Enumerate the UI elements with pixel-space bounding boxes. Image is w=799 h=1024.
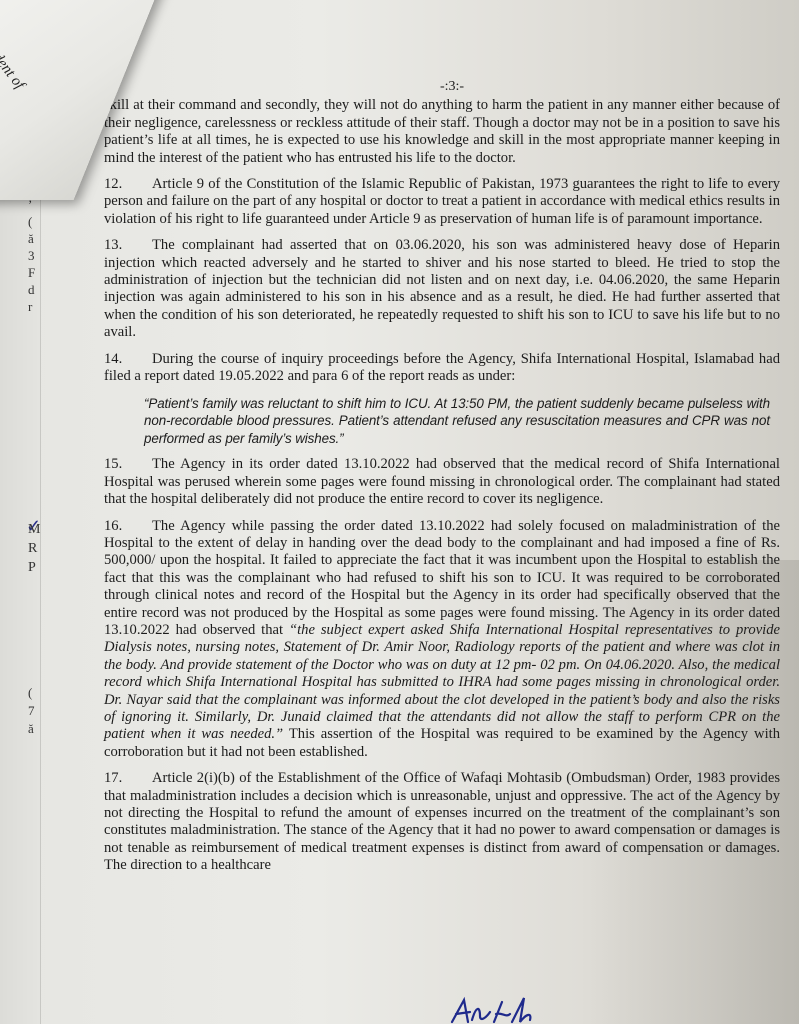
paragraph-number: 12. [104, 176, 152, 193]
margin-fragments-top: ʼ ( ă 3 F d r [28, 196, 35, 315]
paragraph-text: The complainant had asserted that on 03.… [104, 237, 780, 340]
handwritten-signature [450, 992, 560, 1024]
margin-fragments-low: ( 7 ă [28, 684, 35, 738]
inline-quote: “the subject expert asked Shifa Internat… [104, 622, 780, 742]
paragraph-text: During the course of inquiry proceedings… [104, 351, 780, 384]
paragraph-number: 15. [104, 456, 152, 473]
paragraph-number: 14. [104, 351, 152, 368]
paragraph-text: The Agency in its order dated 13.10.2022… [104, 456, 780, 507]
paragraph-number: 13. [104, 237, 152, 254]
paragraph-14: 14.During the course of inquiry proceedi… [104, 351, 780, 386]
block-quote-report: “Patient’s family was reluctant to shift… [144, 395, 770, 448]
paragraph-16: 16.The Agency while passing the order da… [104, 518, 780, 762]
paragraph-text: Article 9 of the Constitution of the Isl… [104, 176, 780, 227]
paragraph-number: 16. [104, 518, 152, 535]
paragraph-13: 13.The complainant had asserted that on … [104, 237, 780, 341]
paragraph-intro: skill at their command and secondly, the… [104, 97, 780, 167]
page-number: -:3:- [104, 78, 780, 95]
document-page: dent of ʼ ( ă 3 F d r ✓ M R P ( 7 ă -:3:… [0, 0, 799, 1024]
paragraph-number: 17. [104, 770, 152, 787]
paragraph-text: Article 2(i)(b) of the Establishment of … [104, 770, 780, 873]
paragraph-12: 12.Article 9 of the Constitution of the … [104, 176, 780, 228]
margin-fragments-mid: M R P [28, 520, 40, 577]
document-body: -:3:- skill at their command and secondl… [104, 78, 780, 884]
paragraph-text: The Agency while passing the order dated… [104, 518, 780, 638]
paragraph-15: 15.The Agency in its order dated 13.10.2… [104, 456, 780, 508]
paragraph-17: 17.Article 2(i)(b) of the Establishment … [104, 770, 780, 874]
